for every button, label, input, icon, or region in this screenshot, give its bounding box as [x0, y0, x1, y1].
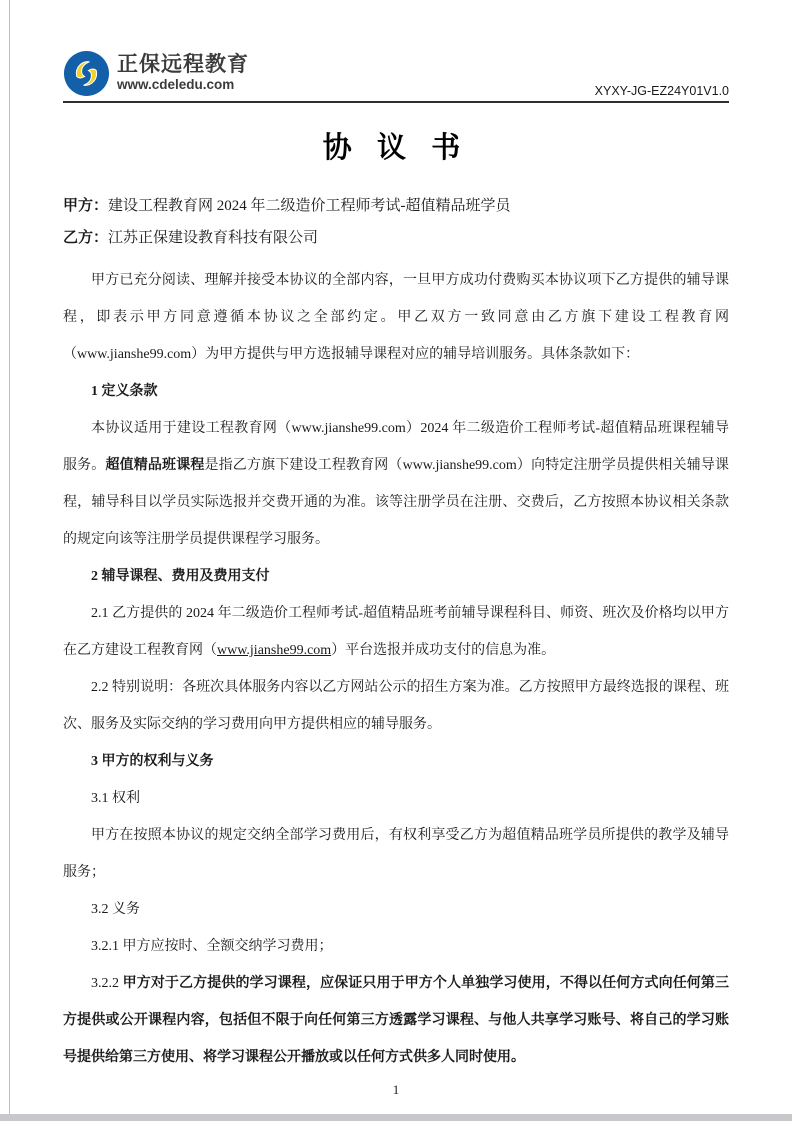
brand-name: 正保远程教育 [117, 53, 249, 76]
section-1-paragraph: 本协议适用于建设工程教育网（www.jianshe99.com）2024 年二级… [63, 410, 729, 558]
brand-url: www.cdeledu.com [117, 78, 249, 93]
clause-3-1-body: 甲方在按照本协议的规定交纳全部学习费用后，有权利享受乙方为超值精品班学员所提供的… [63, 817, 729, 891]
clause-3-2-1: 3.2.1 甲方应按时、全额交纳学习费用； [63, 928, 729, 965]
page: 正保远程教育 www.cdeledu.com XYXY-JG-EZ24Y01V1… [0, 0, 792, 1098]
clause-3-2-title: 3.2 义务 [63, 891, 729, 928]
brand-text: 正保远程教育 www.cdeledu.com [117, 53, 249, 93]
header-rule [63, 101, 729, 103]
brand-logo-icon [63, 50, 110, 97]
page-title: 协 议 书 [63, 125, 729, 166]
intro-paragraph: 甲方已充分阅读、理解并接受本协议的全部内容，一旦甲方成功付费购买本协议项下乙方提… [63, 262, 729, 373]
page-bottom-edge [0, 1114, 792, 1121]
party-a-line: 甲方：建设工程教育网 2024 年二级造价工程师考试-超值精品班学员 [63, 190, 729, 222]
section-2-heading: 2 辅导课程、费用及费用支付 [63, 558, 729, 595]
header: 正保远程教育 www.cdeledu.com XYXY-JG-EZ24Y01V1… [63, 0, 729, 103]
party-b-line: 乙方：江苏正保建设教育科技有限公司 [63, 222, 729, 254]
section-3-heading: 3 甲方的权利与义务 [63, 743, 729, 780]
section-1-heading: 1 定义条款 [63, 373, 729, 410]
party-b-label: 乙方： [63, 230, 108, 246]
clause-2-2: 2.2 特别说明：各班次具体服务内容以乙方网站公示的招生方案为准。乙方按照甲方最… [63, 669, 729, 743]
party-a-label: 甲方： [63, 198, 108, 214]
clause-3-1-title: 3.1 权利 [63, 780, 729, 817]
clause-3-2-2: 3.2.2 甲方对于乙方提供的学习课程，应保证只用于甲方个人单独学习使用，不得以… [63, 965, 729, 1076]
document-body: 甲方已充分阅读、理解并接受本协议的全部内容，一旦甲方成功付费购买本协议项下乙方提… [63, 262, 729, 1076]
page-number: 1 [63, 1082, 729, 1098]
party-a-name: 建设工程教育网 2024 年二级造价工程师考试-超值精品班学员 [108, 198, 511, 214]
clause-2-1: 2.1 乙方提供的 2024 年二级造价工程师考试-超值精品班考前辅导课程科目、… [63, 595, 729, 669]
party-b-name: 江苏正保建设教育科技有限公司 [108, 230, 318, 246]
